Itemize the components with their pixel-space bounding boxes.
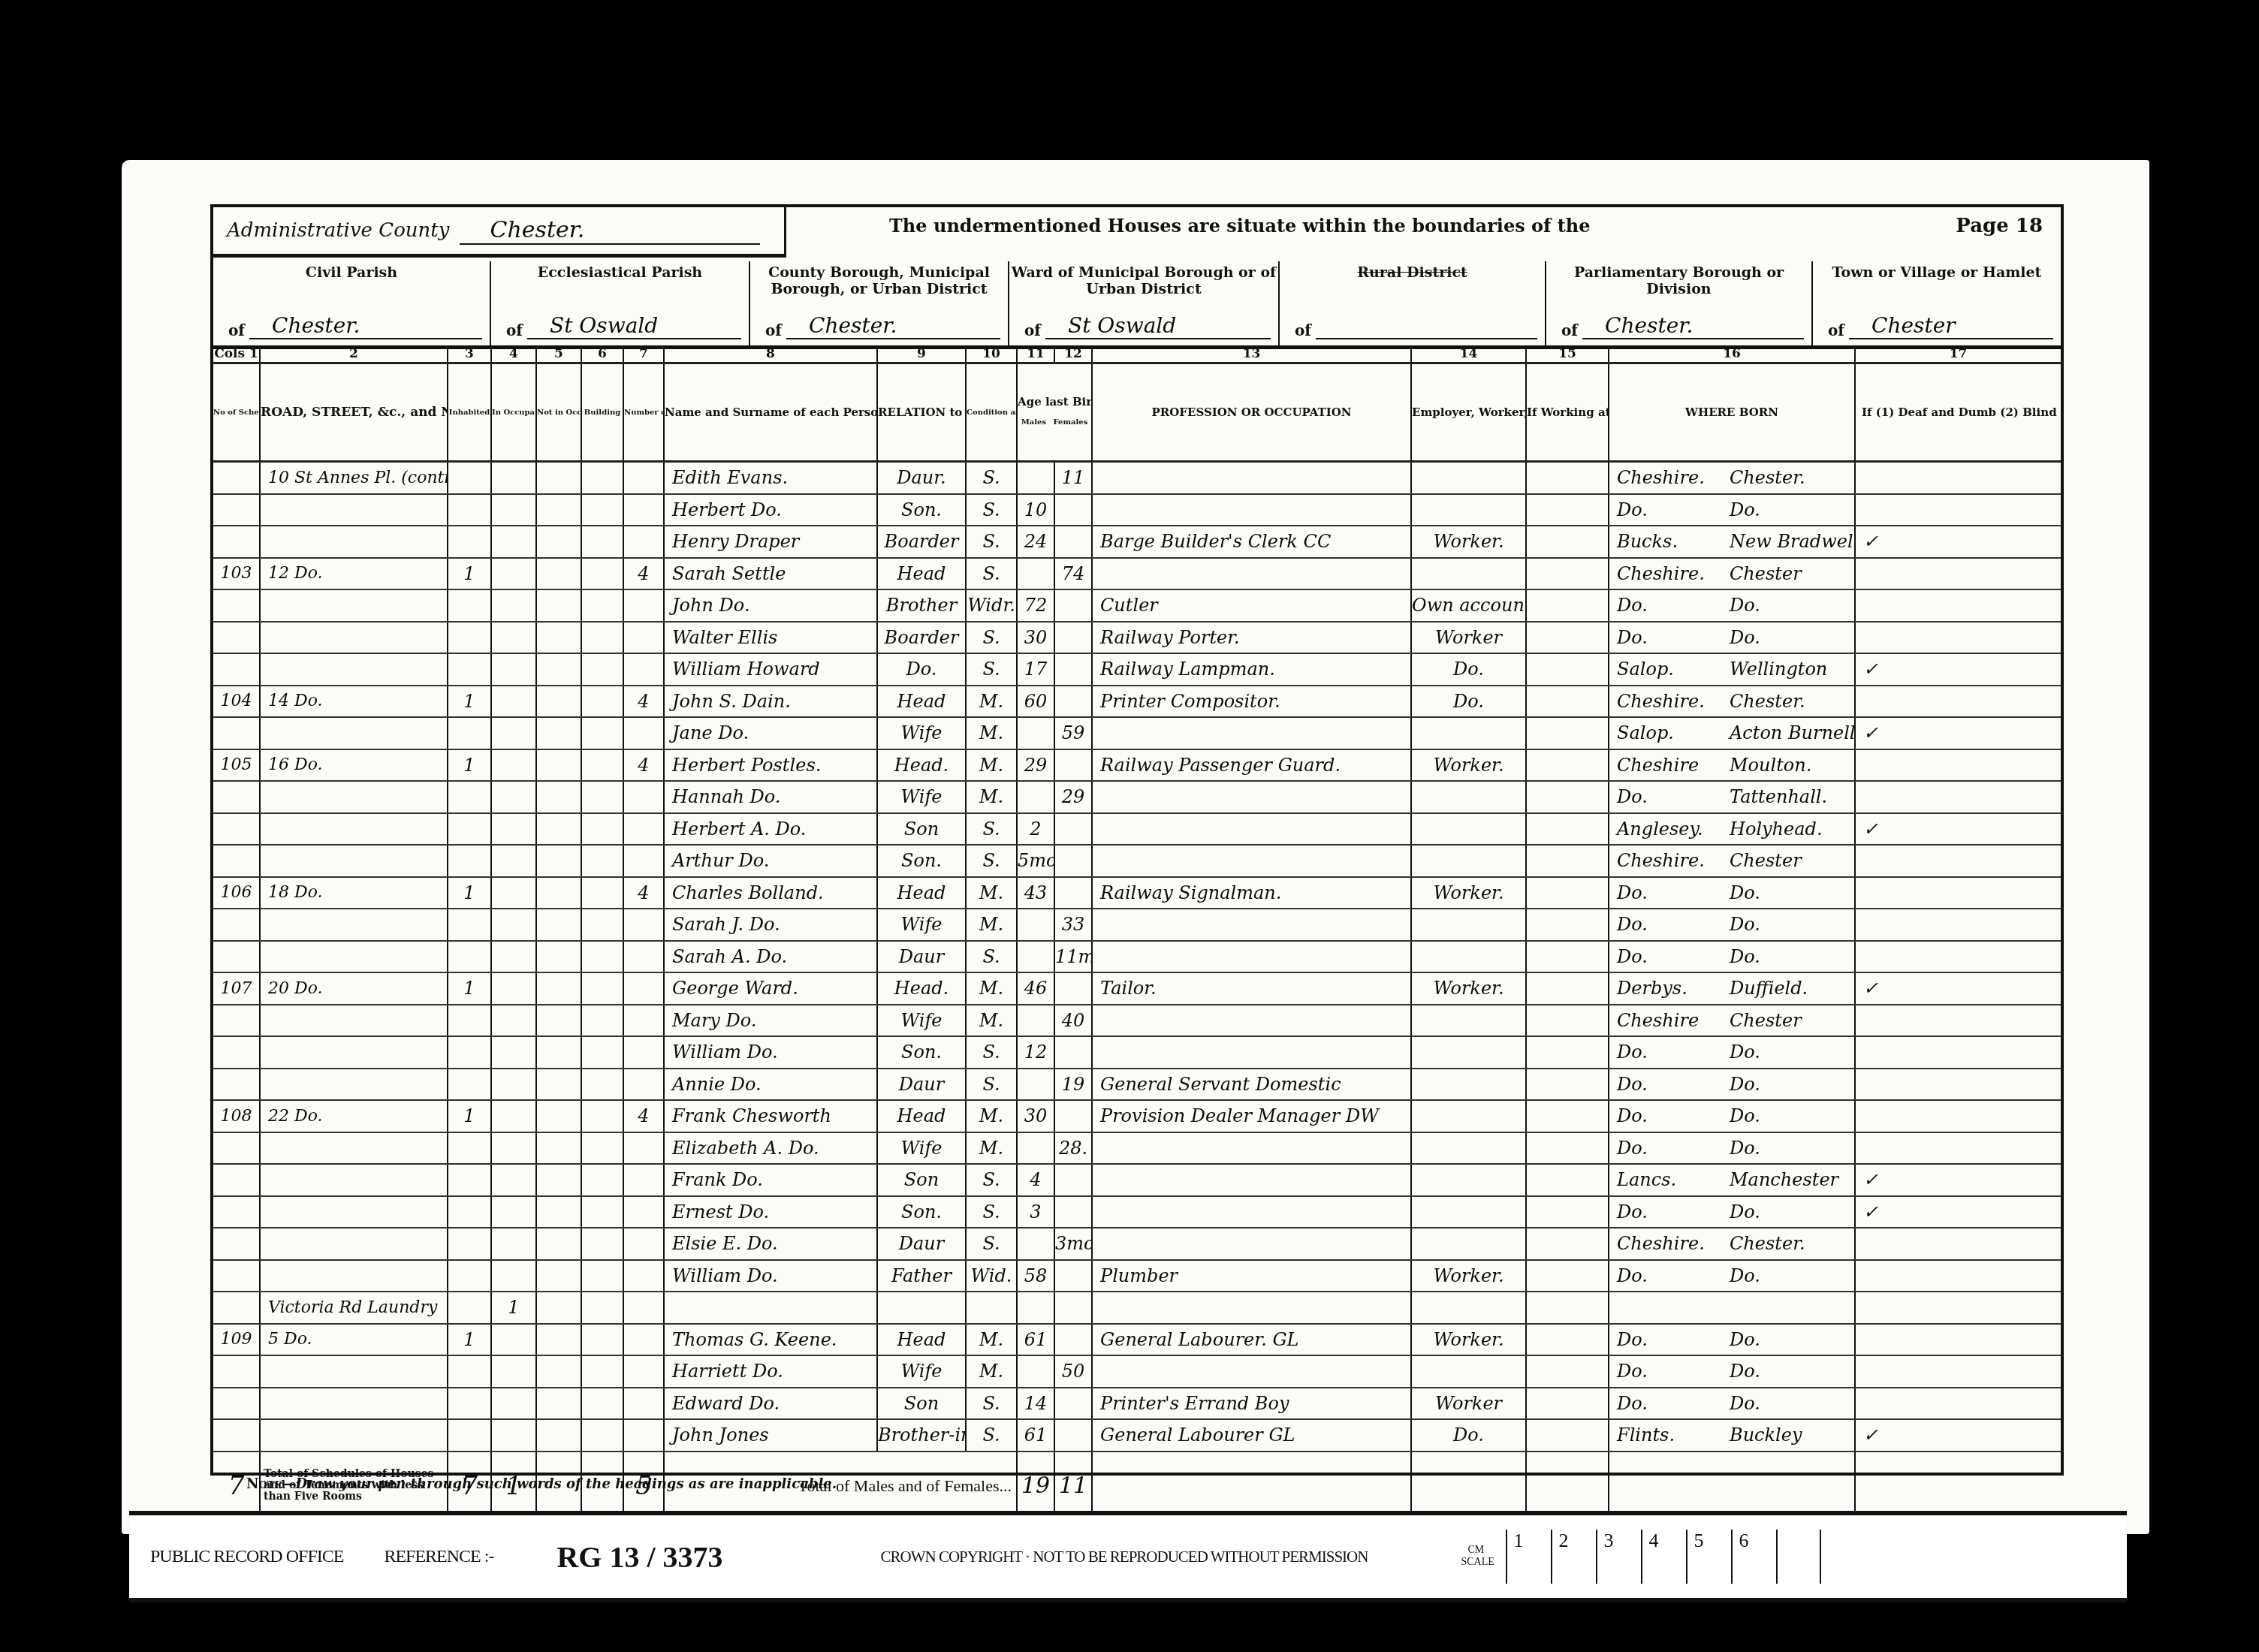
census-table: Cols 1 2 3 4 5 6 7 8 9 10 11 12 13 14 15… [213,345,2061,1520]
table-row: 10720 Do.1George Ward.Head.M.46Tailor.Wo… [213,972,2061,1005]
table-row: 10 St Annes Pl. (continued)Edith Evans.D… [213,462,2061,494]
cell-female-age [1054,1419,1092,1452]
cell-occupation: Provision Dealer Manager DW [1092,1100,1411,1132]
table-row: Hannah Do.WifeM.29Do.Tattenhall. [213,781,2061,813]
cell-employment: Do. [1411,1419,1526,1452]
cell-name: Ernest Do. [664,1196,877,1228]
cell-inhabited [448,622,491,654]
cell-not-in-occupation [536,717,581,749]
cell-in-occupation [491,526,536,558]
born-place: Do. [1730,1138,1760,1159]
cell-rooms [623,1355,664,1388]
table-row: Victoria Rd Laundry1 [213,1292,2061,1324]
cell-schedule [213,781,260,813]
cell-infirmity [1855,749,2061,782]
born-county: Do. [1617,499,1730,520]
table-row: 1095 Do.1Thomas G. Keene.HeadM.61General… [213,1324,2061,1356]
cell-rooms [623,494,664,526]
cell-male-age [1017,1005,1054,1037]
cell-at-home [1526,813,1609,846]
cell-at-home [1526,686,1609,718]
heading-name: Name and Surname of each Person [664,363,877,462]
born-county: Do. [1617,1329,1730,1350]
cell-schedule: 108 [213,1100,260,1132]
cell-where-born: Do.Do. [1609,494,1855,526]
cell-male-age: 60 [1017,686,1054,718]
cell-employment [1411,1292,1526,1324]
cell-schedule [213,1069,260,1101]
born-county: Do. [1617,1138,1730,1159]
cell-not-in-occupation [536,622,581,654]
cell-rooms [623,1292,664,1324]
area-value: Chester. [249,313,482,339]
cell-building [581,941,623,973]
cell-name: Annie Do. [664,1069,877,1101]
cell-occupation: Railway Signalman. [1092,877,1411,909]
table-row: 10618 Do.14Charles Bolland.HeadM.43Railw… [213,877,2061,909]
cell-schedule [213,1228,260,1260]
table-row: Frank Do.SonS.4Lancs.Manchester✓ [213,1164,2061,1196]
cell-at-home [1526,1132,1609,1165]
cell-where-born: Do.Do. [1609,1324,1855,1356]
cell-inhabited [448,462,491,494]
cell-employment [1411,462,1526,494]
col-number: 10 [966,345,1017,363]
col-number: 13 [1092,345,1411,363]
area-label: Civil Parish [213,261,490,281]
cell-employment [1411,1069,1526,1101]
total-males: 19 [1017,1452,1054,1520]
cell-name: Arthur Do. [664,845,877,877]
cell-infirmity: ✓ [1855,1164,2061,1196]
cell-in-occupation [491,1164,536,1196]
cell-employment [1411,1132,1526,1165]
heading-age: Age last Birthday ofMalesFemales [1017,363,1092,462]
area-value: Chester. [786,313,1000,339]
born-place: Do. [1730,1201,1760,1222]
cell-relation: Wife [877,1355,966,1388]
cell-condition: Widr. [966,589,1017,622]
col-number: 11 [1017,345,1054,363]
cell-not-in-occupation [536,589,581,622]
cell-condition: M. [966,909,1017,941]
cell-female-age [1054,1036,1092,1069]
cell-occupation: Cutler [1092,589,1411,622]
cell-address [260,1005,448,1037]
cell-infirmity [1855,494,2061,526]
cell-address [260,526,448,558]
heading-building: Building [581,363,623,462]
cell-condition: S. [966,1228,1017,1260]
cell-inhabited [448,494,491,526]
cell-employment: Do. [1411,686,1526,718]
cell-building [581,1005,623,1037]
cell-building [581,1260,623,1292]
cell-schedule [213,1132,260,1165]
cell-name: William Do. [664,1260,877,1292]
cell-male-age: 17 [1017,653,1054,686]
col-number: 7 [623,345,664,363]
cell-employment [1411,1005,1526,1037]
cell-at-home [1526,1069,1609,1101]
heading-relation: RELATION to Head of Family [877,363,966,462]
area-ward: Ward of Municipal Borough or of Urban Di… [1009,261,1280,345]
born-place: Duffield. [1730,978,1808,999]
cell-infirmity [1855,1132,2061,1165]
cell-inhabited [448,526,491,558]
cell-name: Herbert Do. [664,494,877,526]
born-county: Cheshire. [1617,563,1730,584]
table-row: Jane Do.WifeM.59Salop.Acton Burnell✓ [213,717,2061,749]
cell-female-age [1054,1164,1092,1196]
cell-inhabited [448,1005,491,1037]
cell-in-occupation [491,1005,536,1037]
table-row: Annie Do.DaurS.19General Servant Domesti… [213,1069,2061,1101]
col-number: 14 [1411,345,1526,363]
cell-employment [1411,941,1526,973]
census-rows: 10 St Annes Pl. (continued)Edith Evans.D… [213,462,2061,1452]
cell-condition: S. [966,813,1017,846]
cell-building [581,813,623,846]
cell-female-age: 74 [1054,558,1092,590]
cell-employment [1411,1164,1526,1196]
cell-inhabited [448,1228,491,1260]
of-label: of [1024,321,1041,339]
cell-at-home [1526,462,1609,494]
area-label: Rural District [1280,261,1545,281]
total-females: 11 [1054,1452,1092,1520]
cell-male-age: 4 [1017,1164,1054,1196]
cell-in-occupation [491,781,536,813]
cell-occupation [1092,1036,1411,1069]
cell-not-in-occupation [536,494,581,526]
cell-occupation [1092,1005,1411,1037]
cell-occupation: General Labourer GL [1092,1419,1411,1452]
cell-rooms [623,1036,664,1069]
cell-female-age [1054,845,1092,877]
cell-employment [1411,558,1526,590]
cell-female-age [1054,1292,1092,1324]
born-county: Do. [1617,1105,1730,1126]
heading-infirmity: If (1) Deaf and Dumb (2) Blind (3) Lunat… [1855,363,2061,462]
cell-name: George Ward. [664,972,877,1005]
cell-building [581,717,623,749]
cell-condition: S. [966,1388,1017,1420]
cell-not-in-occupation [536,1228,581,1260]
table-row: Ernest Do.Son.S.3Do.Do.✓ [213,1196,2061,1228]
born-county: Cheshire. [1617,691,1730,712]
col-number: 3 [448,345,491,363]
cell-where-born: Cheshire.Chester. [1609,686,1855,718]
cell-name [664,1292,877,1324]
born-county: Do. [1617,1074,1730,1095]
area-headings: Civil ParishofChester. Ecclesiastical Pa… [213,261,2061,349]
cell-in-occupation [491,717,536,749]
cell-address [260,1228,448,1260]
cell-male-age [1017,1132,1054,1165]
cell-schedule [213,1036,260,1069]
cell-occupation: Printer Compositor. [1092,686,1411,718]
table-row: 10312 Do.14Sarah SettleHeadS.74Cheshire.… [213,558,2061,590]
cell-not-in-occupation [536,1260,581,1292]
cell-address [260,909,448,941]
area-rural-district: Rural Districtof [1280,261,1546,345]
cell-employment [1411,813,1526,846]
record-office: PUBLIC RECORD OFFICE [150,1547,343,1567]
cell-condition: S. [966,1069,1017,1101]
cell-female-age [1054,1388,1092,1420]
cell-employment [1411,1228,1526,1260]
cell-name: Elsie E. Do. [664,1228,877,1260]
table-row: Sarah J. Do.WifeM.33Do.Do. [213,909,2061,941]
born-place: Moulton. [1730,755,1811,776]
cell-in-occupation [491,1419,536,1452]
cell-name: Herbert A. Do. [664,813,877,846]
cell-rooms [623,622,664,654]
cell-male-age [1017,717,1054,749]
cell-schedule [213,941,260,973]
cell-relation: Head. [877,749,966,782]
area-value: St Oswald [527,313,741,339]
cell-at-home [1526,1292,1609,1324]
col-number: 17 [1855,345,2061,363]
cell-in-occupation [491,1036,536,1069]
cell-where-born: Do.Do. [1609,1069,1855,1101]
col-number: 16 [1609,345,1855,363]
cell-address [260,1260,448,1292]
born-place: Do. [1730,1265,1760,1286]
cell-at-home [1526,1419,1609,1452]
cell-name: Frank Do. [664,1164,877,1196]
born-place: Do. [1730,1329,1760,1350]
cell-male-age: 29 [1017,749,1054,782]
born-place: Wellington [1730,659,1827,680]
cell-employment: Own account [1411,589,1526,622]
cell-female-age: 29 [1054,781,1092,813]
cell-rooms [623,1196,664,1228]
table-row: Elizabeth A. Do.WifeM.28.Do.Do. [213,1132,2061,1165]
cell-rooms [623,1164,664,1196]
cell-building [581,526,623,558]
cell-relation: Son. [877,1196,966,1228]
cell-name: John Do. [664,589,877,622]
born-place: Chester [1730,850,1802,871]
cell-occupation [1092,1132,1411,1165]
cell-infirmity: ✓ [1855,717,2061,749]
cell-address [260,494,448,526]
cell-condition: M. [966,972,1017,1005]
cell-female-age [1054,622,1092,654]
cell-schedule [213,589,260,622]
born-county: Cheshire. [1617,467,1730,488]
of-label: of [1561,321,1578,339]
cell-address [260,1164,448,1196]
cell-where-born: Bucks.New Bradwell [1609,526,1855,558]
cell-rooms [623,1228,664,1260]
cell-relation: Head [877,686,966,718]
cell-rooms [623,526,664,558]
area-label: Ecclesiastical Parish [491,261,749,281]
cell-schedule: 105 [213,749,260,782]
cell-male-age: 10 [1017,494,1054,526]
cell-where-born: Do.Do. [1609,1132,1855,1165]
cell-occupation: General Servant Domestic [1092,1069,1411,1101]
cell-where-born: Cheshire.Chester [1609,558,1855,590]
cell-at-home [1526,526,1609,558]
cell-infirmity [1855,558,2061,590]
born-place: Do. [1730,1042,1760,1063]
cell-schedule [213,813,260,846]
cell-building [581,1419,623,1452]
cell-inhabited: 1 [448,749,491,782]
cell-not-in-occupation [536,653,581,686]
cell-occupation: Railway Porter. [1092,622,1411,654]
cell-occupation [1092,781,1411,813]
cell-name: John S. Dain. [664,686,877,718]
born-place: Chester [1730,563,1802,584]
cell-condition: M. [966,749,1017,782]
cell-female-age: 11 [1054,462,1092,494]
cell-female-age [1054,972,1092,1005]
cell-relation: Son. [877,845,966,877]
cell-address [260,589,448,622]
born-county: Cheshire [1617,1010,1730,1031]
cell-building [581,1036,623,1069]
cell-address: 14 Do. [260,686,448,718]
cell-female-age [1054,877,1092,909]
cell-name: William Howard [664,653,877,686]
cell-condition: Wid. [966,1260,1017,1292]
cell-schedule [213,653,260,686]
born-place: Do. [1730,1105,1760,1126]
cell-in-occupation [491,972,536,1005]
cell-relation: Daur [877,1069,966,1101]
cell-schedule [213,1419,260,1452]
cell-male-age: 24 [1017,526,1054,558]
cell-condition: M. [966,1005,1017,1037]
cell-not-in-occupation [536,845,581,877]
cell-infirmity: ✓ [1855,972,2061,1005]
cell-infirmity [1855,589,2061,622]
col-number: 2 [260,345,448,363]
cell-female-age: 3mo. [1054,1228,1092,1260]
cell-inhabited [448,941,491,973]
cell-female-age [1054,494,1092,526]
cell-schedule [213,1292,260,1324]
cell-infirmity [1855,1260,2061,1292]
cell-address [260,717,448,749]
cell-not-in-occupation [536,1196,581,1228]
scale-mark: 6 [1731,1530,1776,1584]
cell-address [260,1196,448,1228]
page-number: Page 18 [1956,215,2043,237]
cell-in-occupation [491,941,536,973]
cell-building [581,653,623,686]
cell-condition: M. [966,1355,1017,1388]
born-county: Do. [1617,1393,1730,1414]
born-place: Manchester [1730,1169,1838,1190]
cell-address [260,1419,448,1452]
cell-rooms [623,781,664,813]
cell-female-age: 28. [1054,1132,1092,1165]
cell-condition: S. [966,622,1017,654]
cell-in-occupation [491,813,536,846]
cell-relation: Daur. [877,462,966,494]
cell-infirmity [1855,781,2061,813]
cell-inhabited: 1 [448,1100,491,1132]
cell-occupation [1092,1228,1411,1260]
born-county: Do. [1617,1265,1730,1286]
cell-where-born: Do.Do. [1609,1355,1855,1388]
cell-infirmity [1855,1292,2061,1324]
cell-where-born: Do.Do. [1609,622,1855,654]
cell-at-home [1526,717,1609,749]
cell-infirmity: ✓ [1855,1196,2061,1228]
cell-inhabited [448,781,491,813]
cell-female-age: 40 [1054,1005,1092,1037]
cell-inhabited [448,1036,491,1069]
table-row: Arthur Do.Son.S.5mo.Cheshire.Chester [213,845,2061,877]
cell-in-occupation [491,1355,536,1388]
cell-relation: Head [877,1324,966,1356]
heading-employment: Employer, Worker, or Own account [1411,363,1526,462]
cell-male-age: 30 [1017,622,1054,654]
cell-name: William Do. [664,1036,877,1069]
cell-in-occupation [491,1069,536,1101]
cell-name: Elizabeth A. Do. [664,1132,877,1165]
cell-inhabited [448,1292,491,1324]
cell-condition: S. [966,1196,1017,1228]
cell-where-born: Do.Do. [1609,877,1855,909]
cell-inhabited [448,845,491,877]
cell-condition: M. [966,686,1017,718]
area-town: Town or Village or HamletofChester [1813,261,2061,345]
born-county: Do. [1617,1201,1730,1222]
cell-employment: Worker. [1411,1260,1526,1292]
born-place: Holyhead. [1730,818,1823,840]
heading-not-in-occupation: Not in Occupation. [536,363,581,462]
cell-infirmity: ✓ [1855,813,2061,846]
reference-value: RG 13 / 3373 [556,1539,722,1575]
cell-at-home [1526,909,1609,941]
cell-rooms [623,941,664,973]
cell-occupation [1092,1292,1411,1324]
cell-inhabited: 1 [448,686,491,718]
cell-inhabited: 1 [448,558,491,590]
cell-rooms [623,972,664,1005]
cell-rooms: 4 [623,877,664,909]
cell-at-home [1526,622,1609,654]
cell-relation: Wife [877,781,966,813]
cell-address [260,1388,448,1420]
cell-employment: Worker [1411,1388,1526,1420]
cell-rooms [623,589,664,622]
cell-inhabited [448,813,491,846]
cell-occupation [1092,462,1411,494]
cell-female-age: 33 [1054,909,1092,941]
cell-relation: Son. [877,494,966,526]
cell-address [260,941,448,973]
cell-inhabited [448,1069,491,1101]
cell-not-in-occupation [536,526,581,558]
cell-female-age [1054,813,1092,846]
cell-occupation [1092,558,1411,590]
cell-not-in-occupation [536,1164,581,1196]
cell-in-occupation [491,558,536,590]
heading-at-home: If Working at Home [1526,363,1609,462]
cell-employment [1411,1355,1526,1388]
cell-not-in-occupation [536,972,581,1005]
